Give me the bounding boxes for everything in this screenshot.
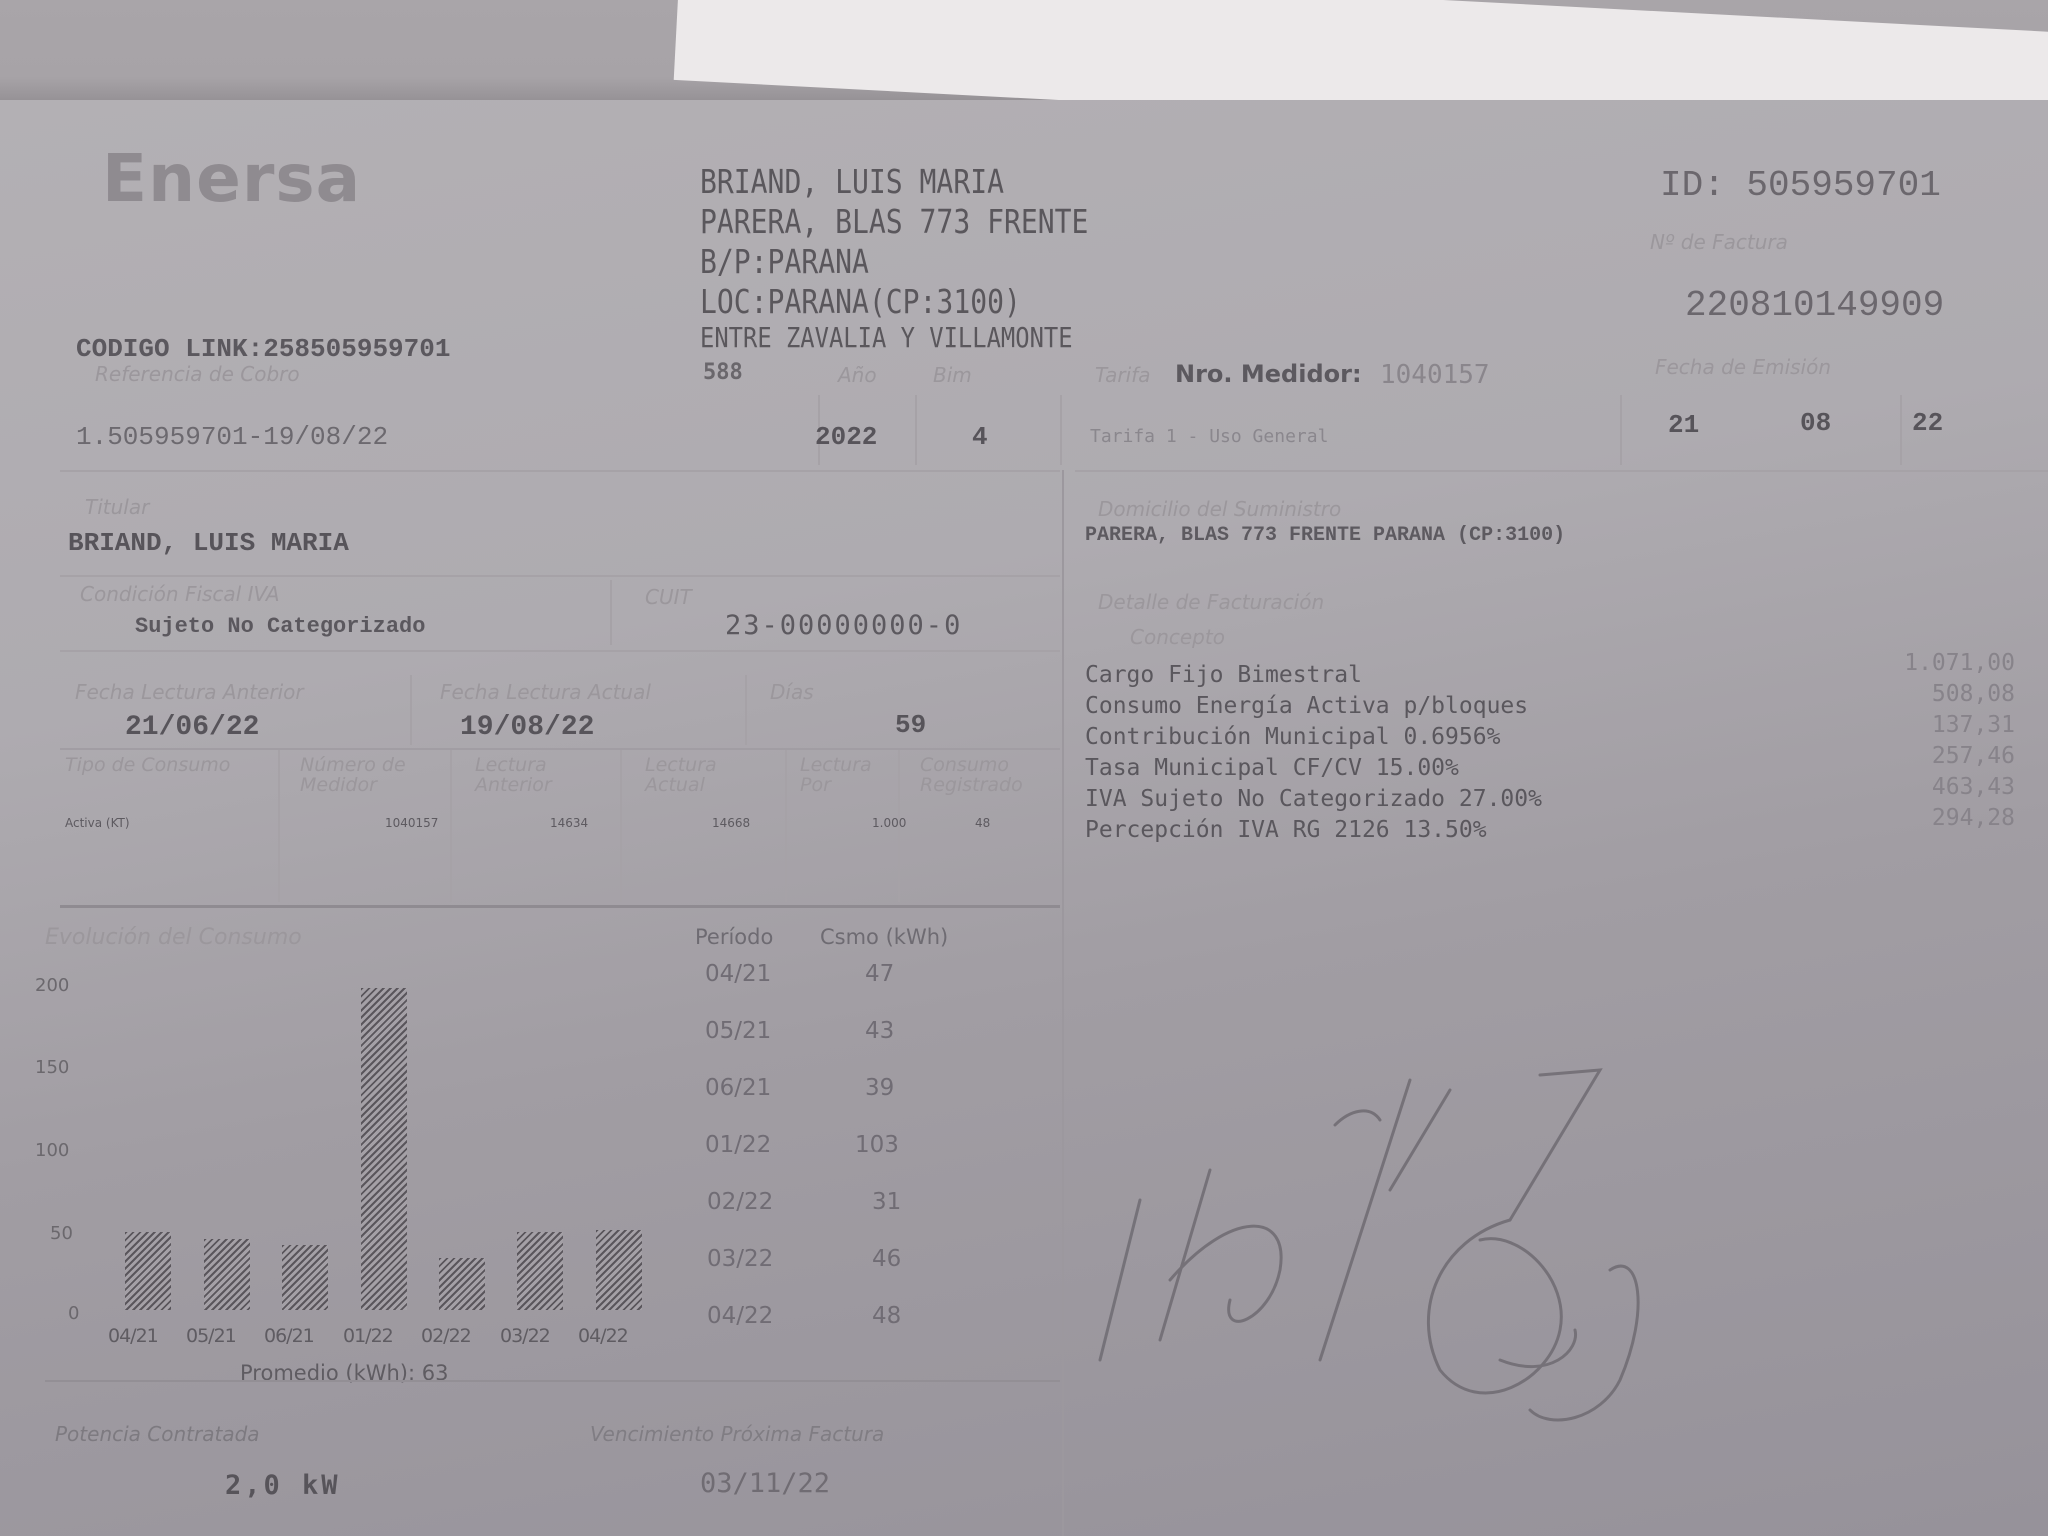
tarifa-label: Tarifa [1095,363,1150,387]
consumption-chart: 200 150 100 50 0 04/21 05/21 06/21 01/22… [60,975,660,1315]
codigo-link: CODIGO LINK:258505959701 [76,334,450,364]
meter-header-numero: Número de Medidor [300,755,430,795]
address-line-2: PARERA, BLAS 773 FRENTE [700,202,1088,242]
bar-05-21 [204,1239,250,1310]
consumption-row: 01/22 103 [695,1132,1015,1189]
billing-row: IVA Sujeto No Categorizado 27.00% 463,43 [1085,784,2015,815]
meter-header-anterior: Lectura Anterior [475,755,605,795]
divider [1075,470,2048,472]
divider [278,750,280,902]
meter-table: Tipo de Consumo Número de Medidor Lectur… [60,748,1060,908]
cuit-label: CUIT [645,585,692,609]
referencia-value: 1.505959701-19/08/22 [76,422,388,452]
period: 02/22 [695,1189,872,1246]
kwh: 46 [872,1246,901,1303]
handwritten-annotation-icon [1080,1030,1840,1450]
bim-value: 4 [972,422,988,452]
period: 05/21 [695,1018,865,1075]
chart-plot-area [105,975,665,1310]
billing-concept: Cargo Fijo Bimestral [1085,660,1362,691]
address-line-5: ENTRE ZAVALIA Y VILLAMONTE [700,322,1088,354]
divider [60,575,1060,577]
period: 01/22 [695,1132,855,1189]
enersa-logo: Enersa [102,140,361,217]
referencia-label: Referencia de Cobro [95,362,300,386]
consumption-row: 04/22 48 [695,1303,1015,1360]
medidor-label: Nro. Medidor: [1175,360,1362,388]
y-tick: 50 [50,1223,73,1244]
lectura-anterior-label: Fecha Lectura Anterior [75,680,304,704]
period: 04/21 [695,961,865,1018]
lectura-anterior-value: 21/06/22 [125,712,259,743]
anio-label: Año [838,363,877,387]
bar-03-22 [517,1232,563,1310]
tarifa-value: Tarifa 1 - Uso General [1090,426,1328,447]
suministro-value: PARERA, BLAS 773 FRENTE PARANA (CP:3100) [1085,524,1565,547]
dias-label: Días [770,680,814,704]
x-tick: 04/22 [578,1325,628,1347]
meter-header-tipo: Tipo de Consumo [65,755,275,775]
potencia-label: Potencia Contratada [55,1422,260,1446]
divider [620,750,622,902]
meter-cell-consumo: 48 [975,816,990,830]
consumption-table: Período Csmo (kWh) 04/21 47 05/21 43 06/… [695,925,1015,1360]
divider [60,470,1060,472]
divider [45,1380,1060,1382]
billing-row: Consumo Energía Activa p/bloques 508,08 [1085,691,2015,722]
nro-factura-label: Nº de Factura [1650,230,1788,254]
kwh: 103 [855,1132,899,1189]
billing-row: Cargo Fijo Bimestral 1.071,00 [1085,660,2015,691]
period: 04/22 [695,1303,872,1360]
meter-header-consumo: Consumo Registrado [920,755,1060,795]
consumption-row: 05/21 43 [695,1018,1015,1075]
address-line-4: LOC:PARANA(CP:3100) [700,282,1088,322]
billing-concept: Percepción IVA RG 2126 13.50% [1085,815,1487,846]
bim-label: Bim [933,363,972,387]
condicion-fiscal-label: Condición Fiscal IVA [80,582,280,606]
detalle-label: Detalle de Facturación [1098,590,1324,614]
meter-cell-actual: 14668 [712,816,750,830]
divider [1900,395,1902,465]
titular-label: Titular [85,495,149,519]
x-tick: 06/21 [264,1325,314,1347]
medidor-value: 1040157 [1380,360,1490,390]
billing-concept: IVA Sujeto No Categorizado 27.00% [1085,784,1542,815]
billing-row: Tasa Municipal CF/CV 15.00% 257,46 [1085,753,2015,784]
column-divider [1062,470,1064,1536]
kwh: 43 [865,1018,894,1075]
divider [410,675,412,745]
address-line-1: BRIAND, LUIS MARIA [700,162,1088,202]
meter-cell-numero: 1040157 [385,816,438,830]
fecha-emision-month: 08 [1800,408,1831,438]
billing-detail: Cargo Fijo Bimestral 1.071,00 Consumo En… [1085,660,2015,846]
nro-factura-value: 220810149909 [1685,285,1944,326]
consumo-title: Evolución del Consumo [45,925,302,950]
address-block: BRIAND, LUIS MARIA PARERA, BLAS 773 FREN… [700,162,1157,354]
meter-header-actual: Lectura Actual [645,755,755,795]
header-periodo: Período [695,925,820,949]
bar-04-21 [125,1232,171,1310]
vencimiento-value: 03/11/22 [700,1468,830,1499]
fecha-emision-year: 22 [1912,408,1943,438]
divider [915,395,917,465]
divider [610,580,612,645]
divider [1060,395,1062,465]
x-tick: 03/22 [500,1325,550,1347]
divider [1620,395,1622,465]
x-tick: 05/21 [186,1325,236,1347]
consumption-row: 06/21 39 [695,1075,1015,1132]
fecha-emision-label: Fecha de Emisión [1655,355,1831,379]
x-tick: 02/22 [421,1325,471,1347]
kwh: 39 [865,1075,894,1132]
y-tick: 100 [35,1140,69,1161]
kwh: 48 [872,1303,901,1360]
billing-row: Contribución Municipal 0.6956% 137,31 [1085,722,2015,753]
billing-concept: Consumo Energía Activa p/bloques [1085,691,1528,722]
lectura-actual-value: 19/08/22 [460,712,594,743]
meter-header-por: Lectura Por [800,755,880,795]
kwh: 47 [865,961,894,1018]
divider [450,750,452,902]
meter-cell-tipo: Activa (KT) [65,816,130,830]
consumption-row: 04/21 47 [695,961,1015,1018]
period: 03/22 [695,1246,872,1303]
bar-02-22 [439,1258,485,1310]
condicion-fiscal-value: Sujeto No Categorizado [135,614,425,639]
billing-row: Percepción IVA RG 2126 13.50% 294,28 [1085,815,2015,846]
consumption-row: 02/22 31 [695,1189,1015,1246]
consumption-row: 03/22 46 [695,1246,1015,1303]
divider [60,650,1060,652]
bar-04-22 [596,1230,642,1310]
x-tick: 01/22 [343,1325,393,1347]
titular-value: BRIAND, LUIS MARIA [68,528,349,558]
potencia-value: 2,0 kW [225,1470,341,1501]
meter-cell-anterior: 14634 [550,816,588,830]
address-code: 588 [703,360,743,385]
dias-value: 59 [895,710,926,740]
lectura-actual-label: Fecha Lectura Actual [440,680,651,704]
client-id: ID: 505959701 [1660,165,1941,206]
billing-concept: Contribución Municipal 0.6956% [1085,722,1500,753]
y-tick: 0 [68,1303,79,1324]
consumption-table-header: Período Csmo (kWh) [695,925,1015,949]
anio-value: 2022 [815,422,877,452]
meter-cell-por: 1.000 [872,816,906,830]
bar-01-22 [361,988,407,1310]
concepto-label: Concepto [1130,625,1225,649]
billing-amount: 294,28 [1932,803,2015,846]
divider [745,675,747,745]
bar-06-21 [282,1245,328,1310]
billing-concept: Tasa Municipal CF/CV 15.00% [1085,753,1459,784]
suministro-label: Domicilio del Suministro [1098,497,1341,521]
address-line-3: B/P:PARANA [700,242,1088,282]
cuit-value: 23-00000000-0 [725,610,962,641]
vencimiento-label: Vencimiento Próxima Factura [590,1422,884,1446]
x-tick: 04/21 [108,1325,158,1347]
y-tick: 150 [35,1057,69,1078]
divider [785,750,787,902]
fecha-emision-day: 21 [1668,410,1699,440]
y-tick: 200 [35,975,69,996]
header-csmo: Csmo (kWh) [820,925,948,949]
kwh: 31 [872,1189,901,1246]
period: 06/21 [695,1075,865,1132]
